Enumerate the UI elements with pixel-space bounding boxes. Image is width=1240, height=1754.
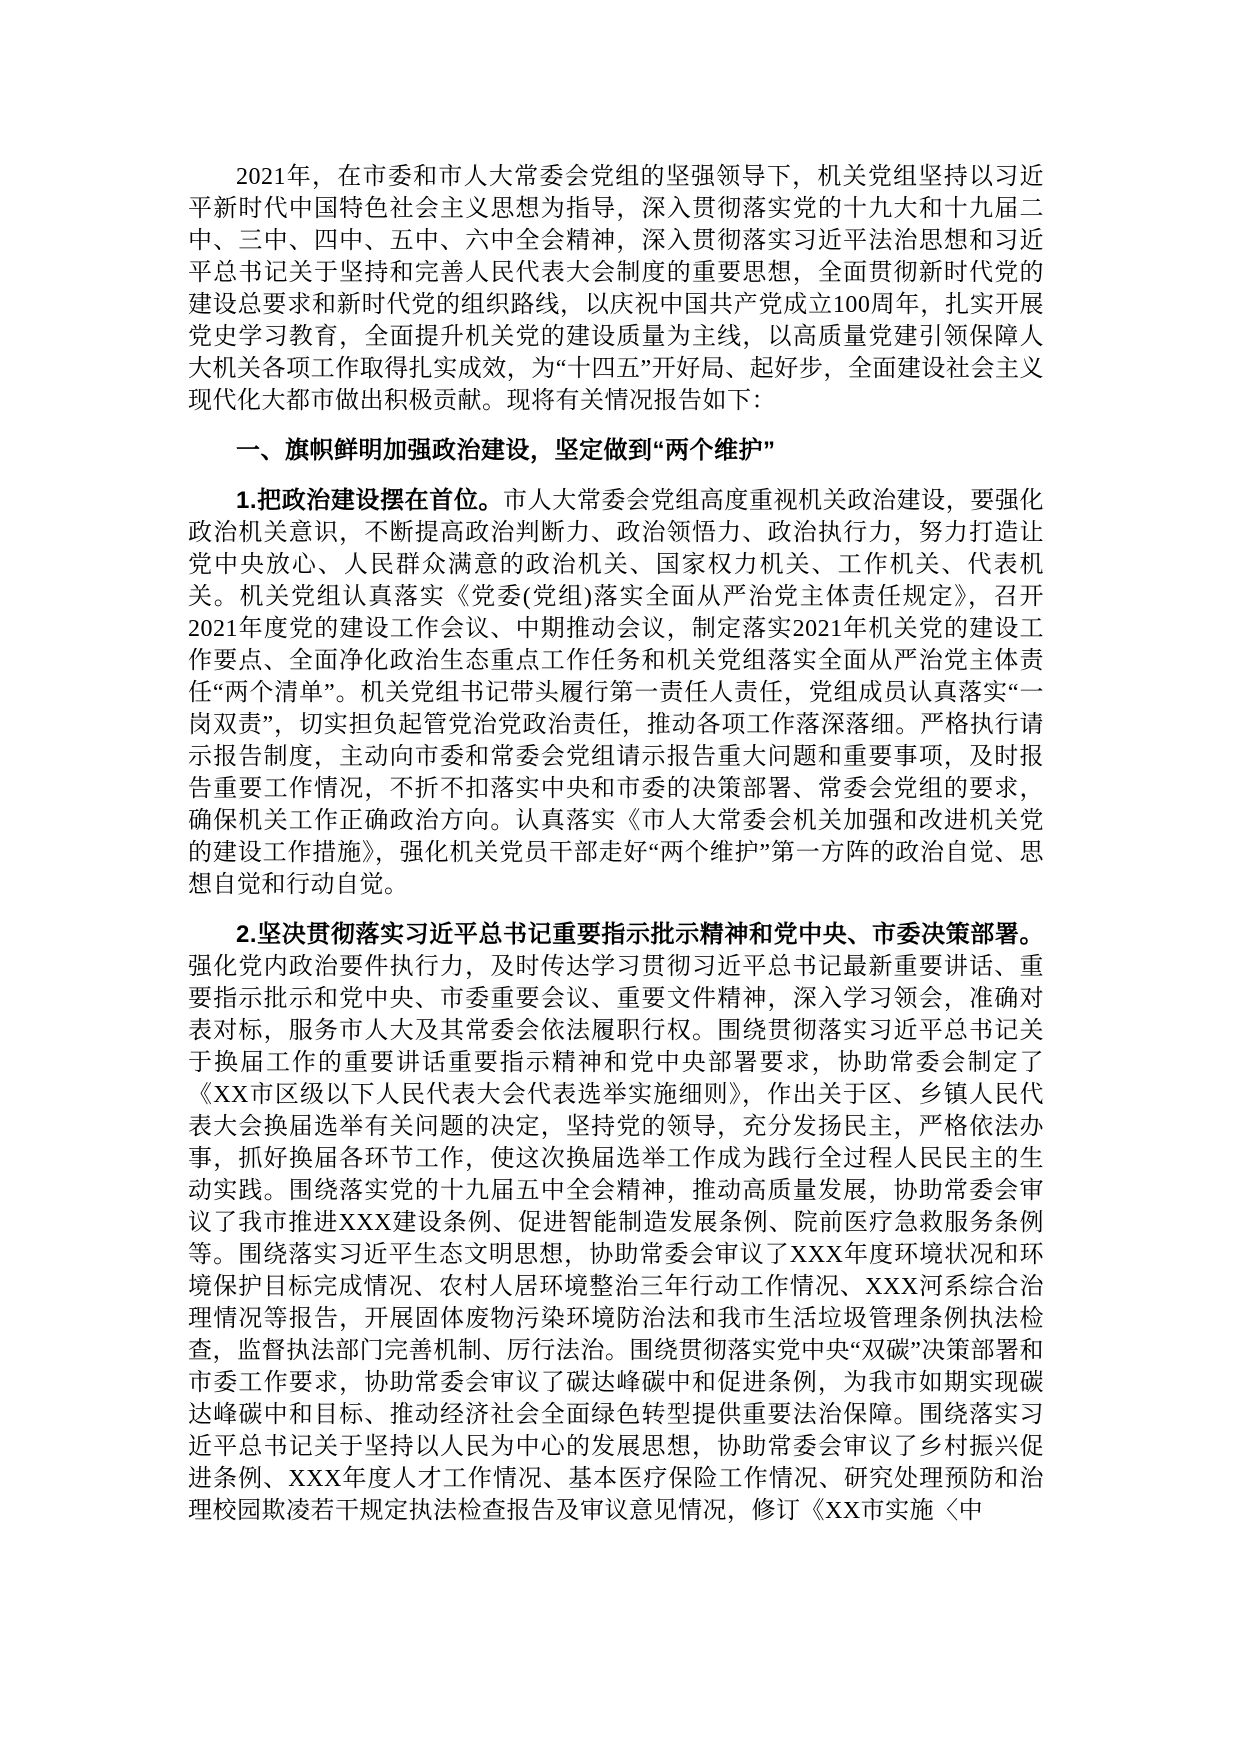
paragraph-item-1-text: 市人大常委会党组高度重视机关政治建设，要强化政治机关意识，不断提高政治判断力、政… (188, 488, 1044, 898)
paragraph-item-2-text: 强化党内政治要件执行力，及时传达学习贯彻习近平总书记最新重要讲话、重要指示批示和… (188, 954, 1044, 1524)
paragraph-intro-text: 2021年，在市委和市人大常委会党组的坚强领导下，机关党组坚持以习近平新时代中国… (188, 164, 1044, 414)
paragraph-item-2: 2.坚决贯彻落实习近平总书记重要指示批示精神和党中央、市委决策部署。强化党内政治… (188, 919, 1044, 1527)
document-content: 2021年，在市委和市人大常委会党组的坚强领导下，机关党组坚持以习近平新时代中国… (188, 161, 1044, 1527)
section-heading-1: 一、旗帜鲜明加强政治建设，坚定做到“两个维护” (188, 435, 1044, 467)
paragraph-item-1: 1.把政治建设摆在首位。市人大常委会党组高度重视机关政治建设，要强化政治机关意识… (188, 485, 1044, 901)
document-page: 2021年，在市委和市人大常委会党组的坚强领导下，机关党组坚持以习近平新时代中国… (0, 0, 1240, 1754)
paragraph-item-1-lead: 1.把政治建设摆在首位。 (236, 487, 503, 514)
paragraph-item-2-lead: 2.坚决贯彻落实习近平总书记重要指示批示精神和党中央、市委决策部署。 (236, 921, 1044, 948)
paragraph-intro: 2021年，在市委和市人大常委会党组的坚强领导下，机关党组坚持以习近平新时代中国… (188, 161, 1044, 417)
